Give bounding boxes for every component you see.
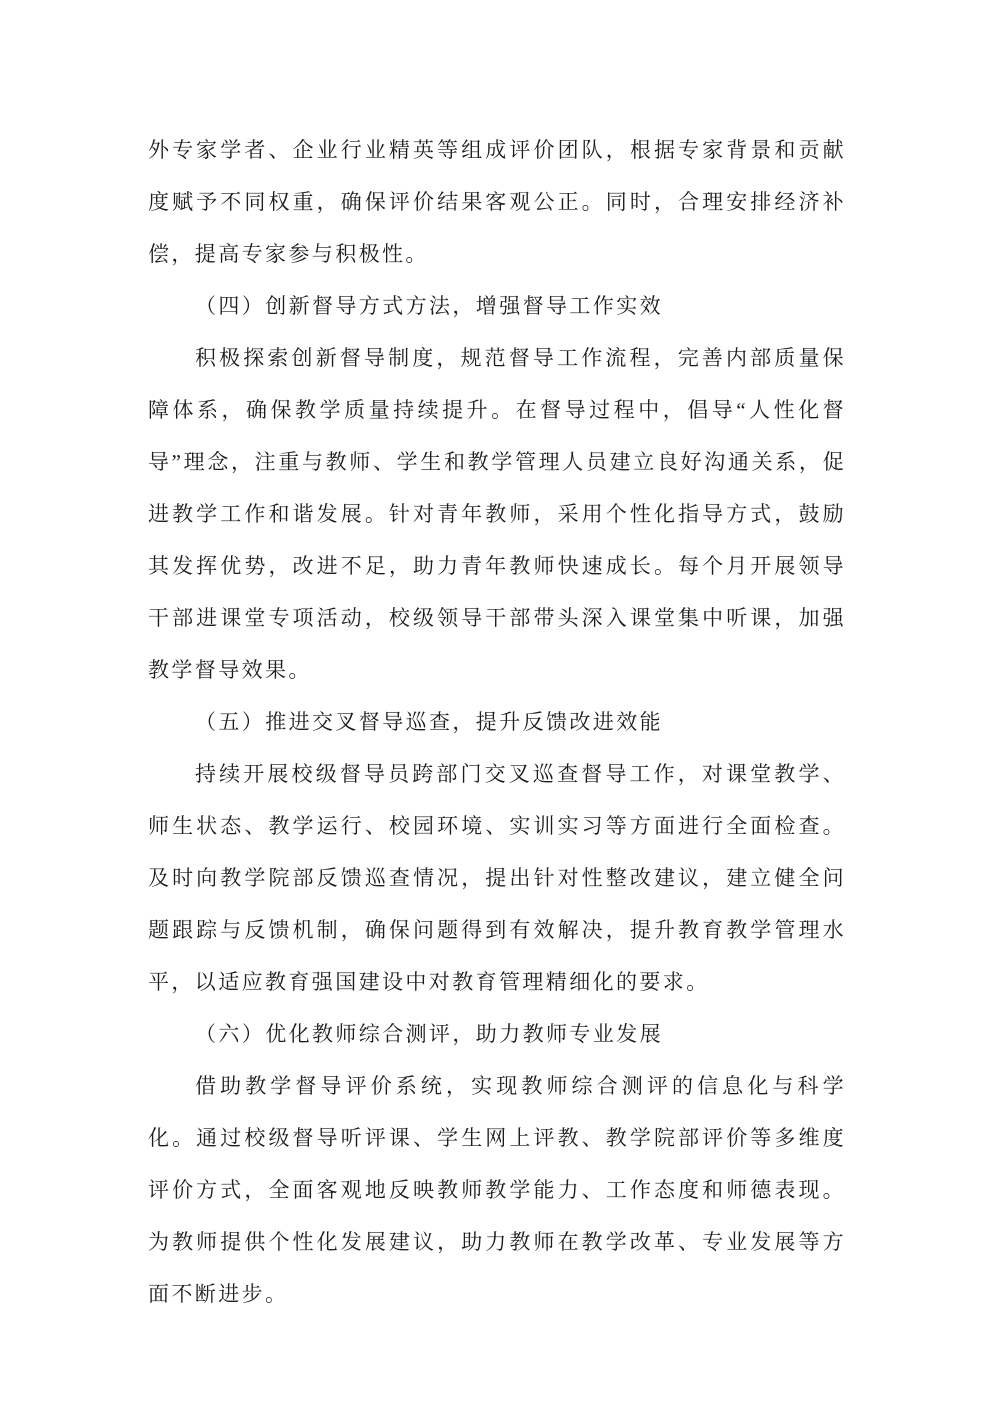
paragraph: 积极探索创新督导制度，规范督导工作流程，完善内部质量保障体系，确保教学质量持续提… bbox=[148, 332, 846, 696]
paragraph: 借助教学督导评价系统，实现教师综合测评的信息化与科学化。通过校级督导听评课、学生… bbox=[148, 1060, 846, 1320]
document-body: 外专家学者、企业行业精英等组成评价团队，根据专家背景和贡献度赋予不同权重，确保评… bbox=[148, 124, 846, 1320]
section-heading: （四）创新督导方式方法，增强督导工作实效 bbox=[148, 280, 846, 332]
section-heading: （五）推进交叉督导巡查，提升反馈改进效能 bbox=[148, 696, 846, 748]
document-page: 外专家学者、企业行业精英等组成评价团队，根据专家背景和贡献度赋予不同权重，确保评… bbox=[0, 0, 992, 1403]
paragraph: 外专家学者、企业行业精英等组成评价团队，根据专家背景和贡献度赋予不同权重，确保评… bbox=[148, 124, 846, 280]
paragraph: 持续开展校级督导员跨部门交叉巡查督导工作，对课堂教学、师生状态、教学运行、校园环… bbox=[148, 748, 846, 1008]
section-heading: （六）优化教师综合测评，助力教师专业发展 bbox=[148, 1008, 846, 1060]
